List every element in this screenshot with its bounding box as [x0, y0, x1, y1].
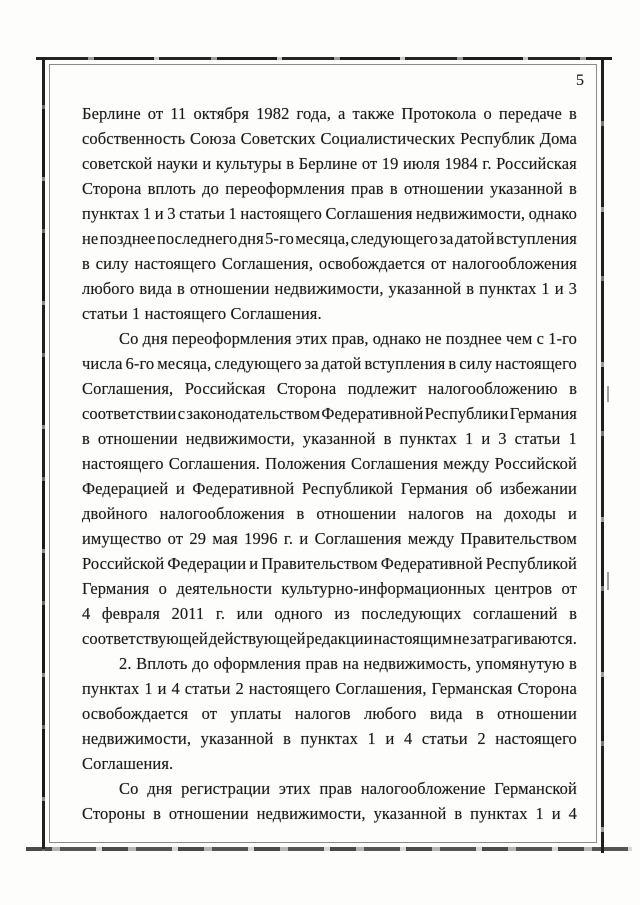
- text-line: Содняпереоформленияэтихправ,однаконепозд…: [82, 326, 577, 351]
- text-line: собственностьСоюзаСоветскихСоциалистичес…: [82, 126, 577, 151]
- text-line: 4февраля2011г.илиодногоизпоследующихсогл…: [82, 601, 577, 626]
- text-line: Соглашения.: [82, 751, 577, 776]
- text-line: Сторонавплотьдопереоформленияправвотноше…: [82, 176, 577, 201]
- text-line: вотношениинедвижимости,указаннойвпунктах…: [82, 426, 577, 451]
- text-line: числа6-гомесяца,следующегозадатойвступле…: [82, 351, 577, 376]
- text-line: соответствующейдействующейредакциинастоя…: [82, 626, 577, 651]
- page-frame-top-rule: [36, 57, 612, 60]
- text-line: пунктах1и4статьи2настоящегоСоглашения,Ге…: [82, 676, 577, 701]
- text-line: недвижимости,указаннойвпунктах1и4статьи2…: [82, 726, 577, 751]
- text-line: непозднеепоследнегодня5-гомесяца,следующ…: [82, 226, 577, 251]
- text-line: статьи 1 настоящего Соглашения.: [82, 301, 577, 326]
- text-line: СоднярегистрацииэтихправналогообложениеГ…: [82, 776, 577, 801]
- text-line: Берлинеот11октября1982года,атакжеПротоко…: [82, 101, 577, 126]
- text-line: ФедерациейиФедеративнойРеспубликойГерман…: [82, 476, 577, 501]
- scanned-document-page: 5 Берлинеот11октября1982года,атакжеПрото…: [0, 0, 640, 905]
- text-line: советскойнаукиикультурывБерлинеот19июля1…: [82, 151, 577, 176]
- text-line: соответствиисзаконодательствомФедеративн…: [82, 401, 577, 426]
- text-line: 2.Вплотьдооформленияправнанедвижимость,у…: [82, 651, 577, 676]
- text-line: Соглашения,РоссийскаяСторонаподлежитнало…: [82, 376, 577, 401]
- text-line: РоссийскойФедерациииПравительствомФедера…: [82, 551, 577, 576]
- page-frame-bottom-rule: [26, 847, 632, 851]
- text-line: имуществоот29мая1996г.иСоглашениямеждуПр…: [82, 526, 577, 551]
- scan-artifact: [607, 386, 609, 402]
- text-line: всилунастоящегоСоглашения,освобождаетсяо…: [82, 251, 577, 276]
- text-line: настоящегоСоглашения.ПоложенияСоглашения…: [82, 451, 577, 476]
- text-line: освобождаетсяотуплатыналоговлюбоговидаво…: [82, 701, 577, 726]
- scan-artifact: [607, 572, 609, 590]
- text-line: Сторонывотношениинедвижимости,указаннойв…: [82, 801, 577, 826]
- page-number: 5: [576, 72, 584, 90]
- text-line: пунктах1и3статьи1настоящегоСоглашениянед…: [82, 201, 577, 226]
- text-line: любоговидавотношениинедвижимости,указанн…: [82, 276, 577, 301]
- page-frame-left-rule: [42, 57, 45, 851]
- document-text: Берлинеот11октября1982года,атакжеПротоко…: [82, 101, 577, 826]
- text-line: двойногоналогообложениявотношенииналогов…: [82, 501, 577, 526]
- text-line: Германияодеятельностикультурно-информаци…: [82, 576, 577, 601]
- page-frame-right-rule: [601, 57, 604, 853]
